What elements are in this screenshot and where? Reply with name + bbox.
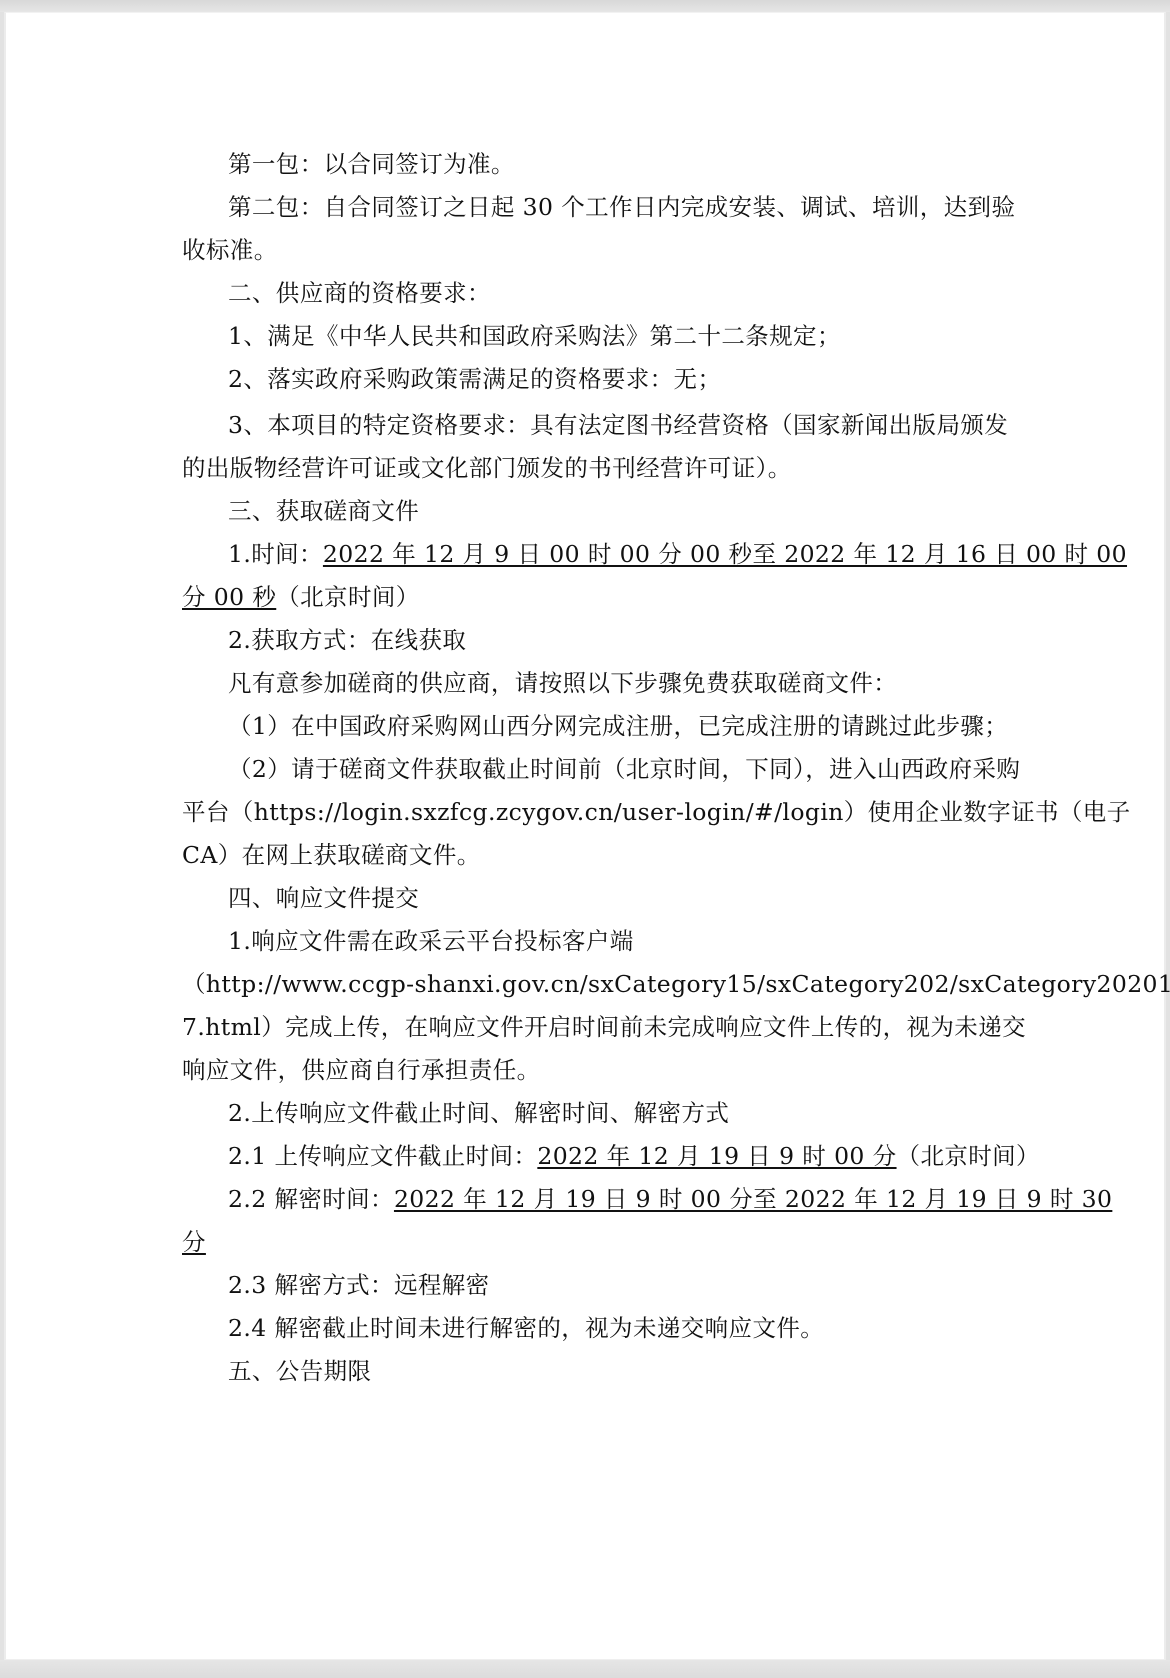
line-text: 2.上传响应文件截止时间、解密时间、解密方式 <box>228 1099 729 1127</box>
text-line-l1: 第一包：以合同签订为准。 <box>228 149 515 179</box>
text-line-l18: 四、响应文件提交 <box>228 883 419 913</box>
line-text: 四、响应文件提交 <box>228 884 419 912</box>
text-line-l14: （1）在中国政府采购网山西分网完成注册，已完成注册的请跳过此步骤； <box>228 711 1008 741</box>
text-line-l13: 凡有意参加磋商的供应商，请按照以下步骤免费获取磋商文件： <box>228 668 897 698</box>
text-line-l12: 2.获取方式：在线获取 <box>228 625 466 655</box>
text-line-l28: 2.4 解密截止时间未进行解密的，视为未递交响应文件。 <box>228 1313 824 1343</box>
scan-top-edge <box>0 0 1170 12</box>
underlined-text: 分 00 秒 <box>182 583 276 611</box>
text-line-l19: 1.响应文件需在政采云平台投标客户端 <box>228 926 634 956</box>
text-line-l26: 分 <box>182 1227 206 1257</box>
line-text: （2）请于磋商文件获取截止时间前（北京时间，下同），进入山西政府采购 <box>228 755 1020 783</box>
text-line-l15: （2）请于磋商文件获取截止时间前（北京时间，下同），进入山西政府采购 <box>228 754 1020 784</box>
text-line-l25: 2.2 解密时间：2022 年 12 月 19 日 9 时 00 分至 2022… <box>228 1184 1112 1214</box>
line-text: 2.1 上传响应文件截止时间： <box>228 1142 537 1170</box>
underlined-text: 2022 年 12 月 19 日 9 时 00 分至 2022 年 12 月 1… <box>394 1185 1112 1213</box>
text-line-l22: 响应文件，供应商自行承担责任。 <box>182 1055 541 1085</box>
text-line-l17: CA）在网上获取磋商文件。 <box>182 840 481 870</box>
text-line-l23: 2.上传响应文件截止时间、解密时间、解密方式 <box>228 1098 729 1128</box>
line-text: 凡有意参加磋商的供应商，请按照以下步骤免费获取磋商文件： <box>228 669 897 697</box>
text-line-l3: 收标准。 <box>182 235 278 265</box>
line-text: （http://www.ccgp-shanxi.gov.cn/sxCategor… <box>182 970 1170 998</box>
text-line-l29: 五、公告期限 <box>228 1356 371 1386</box>
text-line-l9: 三、获取磋商文件 <box>228 496 419 526</box>
line-text: 平台（https://login.sxzfcg.zcygov.cn/user-l… <box>182 798 1131 826</box>
text-line-l24: 2.1 上传响应文件截止时间：2022 年 12 月 19 日 9 时 00 分… <box>228 1141 1040 1171</box>
line-text: CA）在网上获取磋商文件。 <box>182 841 481 869</box>
line-text: 1.时间： <box>228 540 323 568</box>
line-text: 二、供应商的资格要求： <box>228 279 491 307</box>
text-line-l8: 的出版物经营许可证或文化部门颁发的书刊经营许可证）。 <box>182 453 792 483</box>
line-text: 的出版物经营许可证或文化部门颁发的书刊经营许可证）。 <box>182 454 792 482</box>
line-text: 2.3 解密方式：远程解密 <box>228 1271 490 1299</box>
line-text: 三、获取磋商文件 <box>228 497 419 525</box>
text-line-l2: 第二包：自合同签订之日起 30 个工作日内完成安装、调试、培训，达到验 <box>228 192 1015 222</box>
text-line-l20: （http://www.ccgp-shanxi.gov.cn/sxCategor… <box>182 969 1170 999</box>
text-line-l21: 7.html）完成上传，在响应文件开启时间前未完成响应文件上传的，视为未递交 <box>182 1012 1026 1042</box>
line-text: 响应文件，供应商自行承担责任。 <box>182 1056 541 1084</box>
text-line-l4: 二、供应商的资格要求： <box>228 278 491 308</box>
line-text: 1、满足《中华人民共和国政府采购法》第二十二条规定； <box>228 322 841 350</box>
text-line-l5: 1、满足《中华人民共和国政府采购法》第二十二条规定； <box>228 321 841 351</box>
text-line-l16: 平台（https://login.sxzfcg.zcygov.cn/user-l… <box>182 797 1131 827</box>
line-text: 收标准。 <box>182 236 278 264</box>
line-text: （北京时间） <box>276 583 419 611</box>
line-text: 五、公告期限 <box>228 1357 371 1385</box>
underlined-text: 2022 年 12 月 9 日 00 时 00 分 00 秒至 2022 年 1… <box>323 540 1127 568</box>
document-body: 第一包：以合同签订为准。第二包：自合同签订之日起 30 个工作日内完成安装、调试… <box>6 13 1168 1661</box>
line-text: 第二包：自合同签订之日起 30 个工作日内完成安装、调试、培训，达到验 <box>228 193 1015 221</box>
text-line-l7: 3、本项目的特定资格要求：具有法定图书经营资格（国家新闻出版局颁发 <box>228 410 1008 440</box>
line-text: （1）在中国政府采购网山西分网完成注册，已完成注册的请跳过此步骤； <box>228 712 1008 740</box>
line-text: 2.4 解密截止时间未进行解密的，视为未递交响应文件。 <box>228 1314 824 1342</box>
line-text: 2、落实政府采购政策需满足的资格要求：无； <box>228 365 721 393</box>
line-text: 第一包：以合同签订为准。 <box>228 150 515 178</box>
line-text: 1.响应文件需在政采云平台投标客户端 <box>228 927 634 955</box>
line-text: 2.2 解密时间： <box>228 1185 394 1213</box>
line-text: （北京时间） <box>897 1142 1040 1170</box>
line-text: 3、本项目的特定资格要求：具有法定图书经营资格（国家新闻出版局颁发 <box>228 411 1008 439</box>
underlined-text: 2022 年 12 月 19 日 9 时 00 分 <box>537 1142 896 1170</box>
text-line-l6: 2、落实政府采购政策需满足的资格要求：无； <box>228 364 721 394</box>
underlined-text: 分 <box>182 1228 206 1256</box>
text-line-l10: 1.时间：2022 年 12 月 9 日 00 时 00 分 00 秒至 202… <box>228 539 1127 569</box>
line-text: 7.html）完成上传，在响应文件开启时间前未完成响应文件上传的，视为未递交 <box>182 1013 1026 1041</box>
scan-bottom-edge <box>0 1660 1170 1678</box>
line-text: 2.获取方式：在线获取 <box>228 626 466 654</box>
text-line-l11: 分 00 秒（北京时间） <box>182 582 420 612</box>
text-line-l27: 2.3 解密方式：远程解密 <box>228 1270 490 1300</box>
document-page: 第一包：以合同签订为准。第二包：自合同签订之日起 30 个工作日内完成安装、调试… <box>4 12 1166 1660</box>
